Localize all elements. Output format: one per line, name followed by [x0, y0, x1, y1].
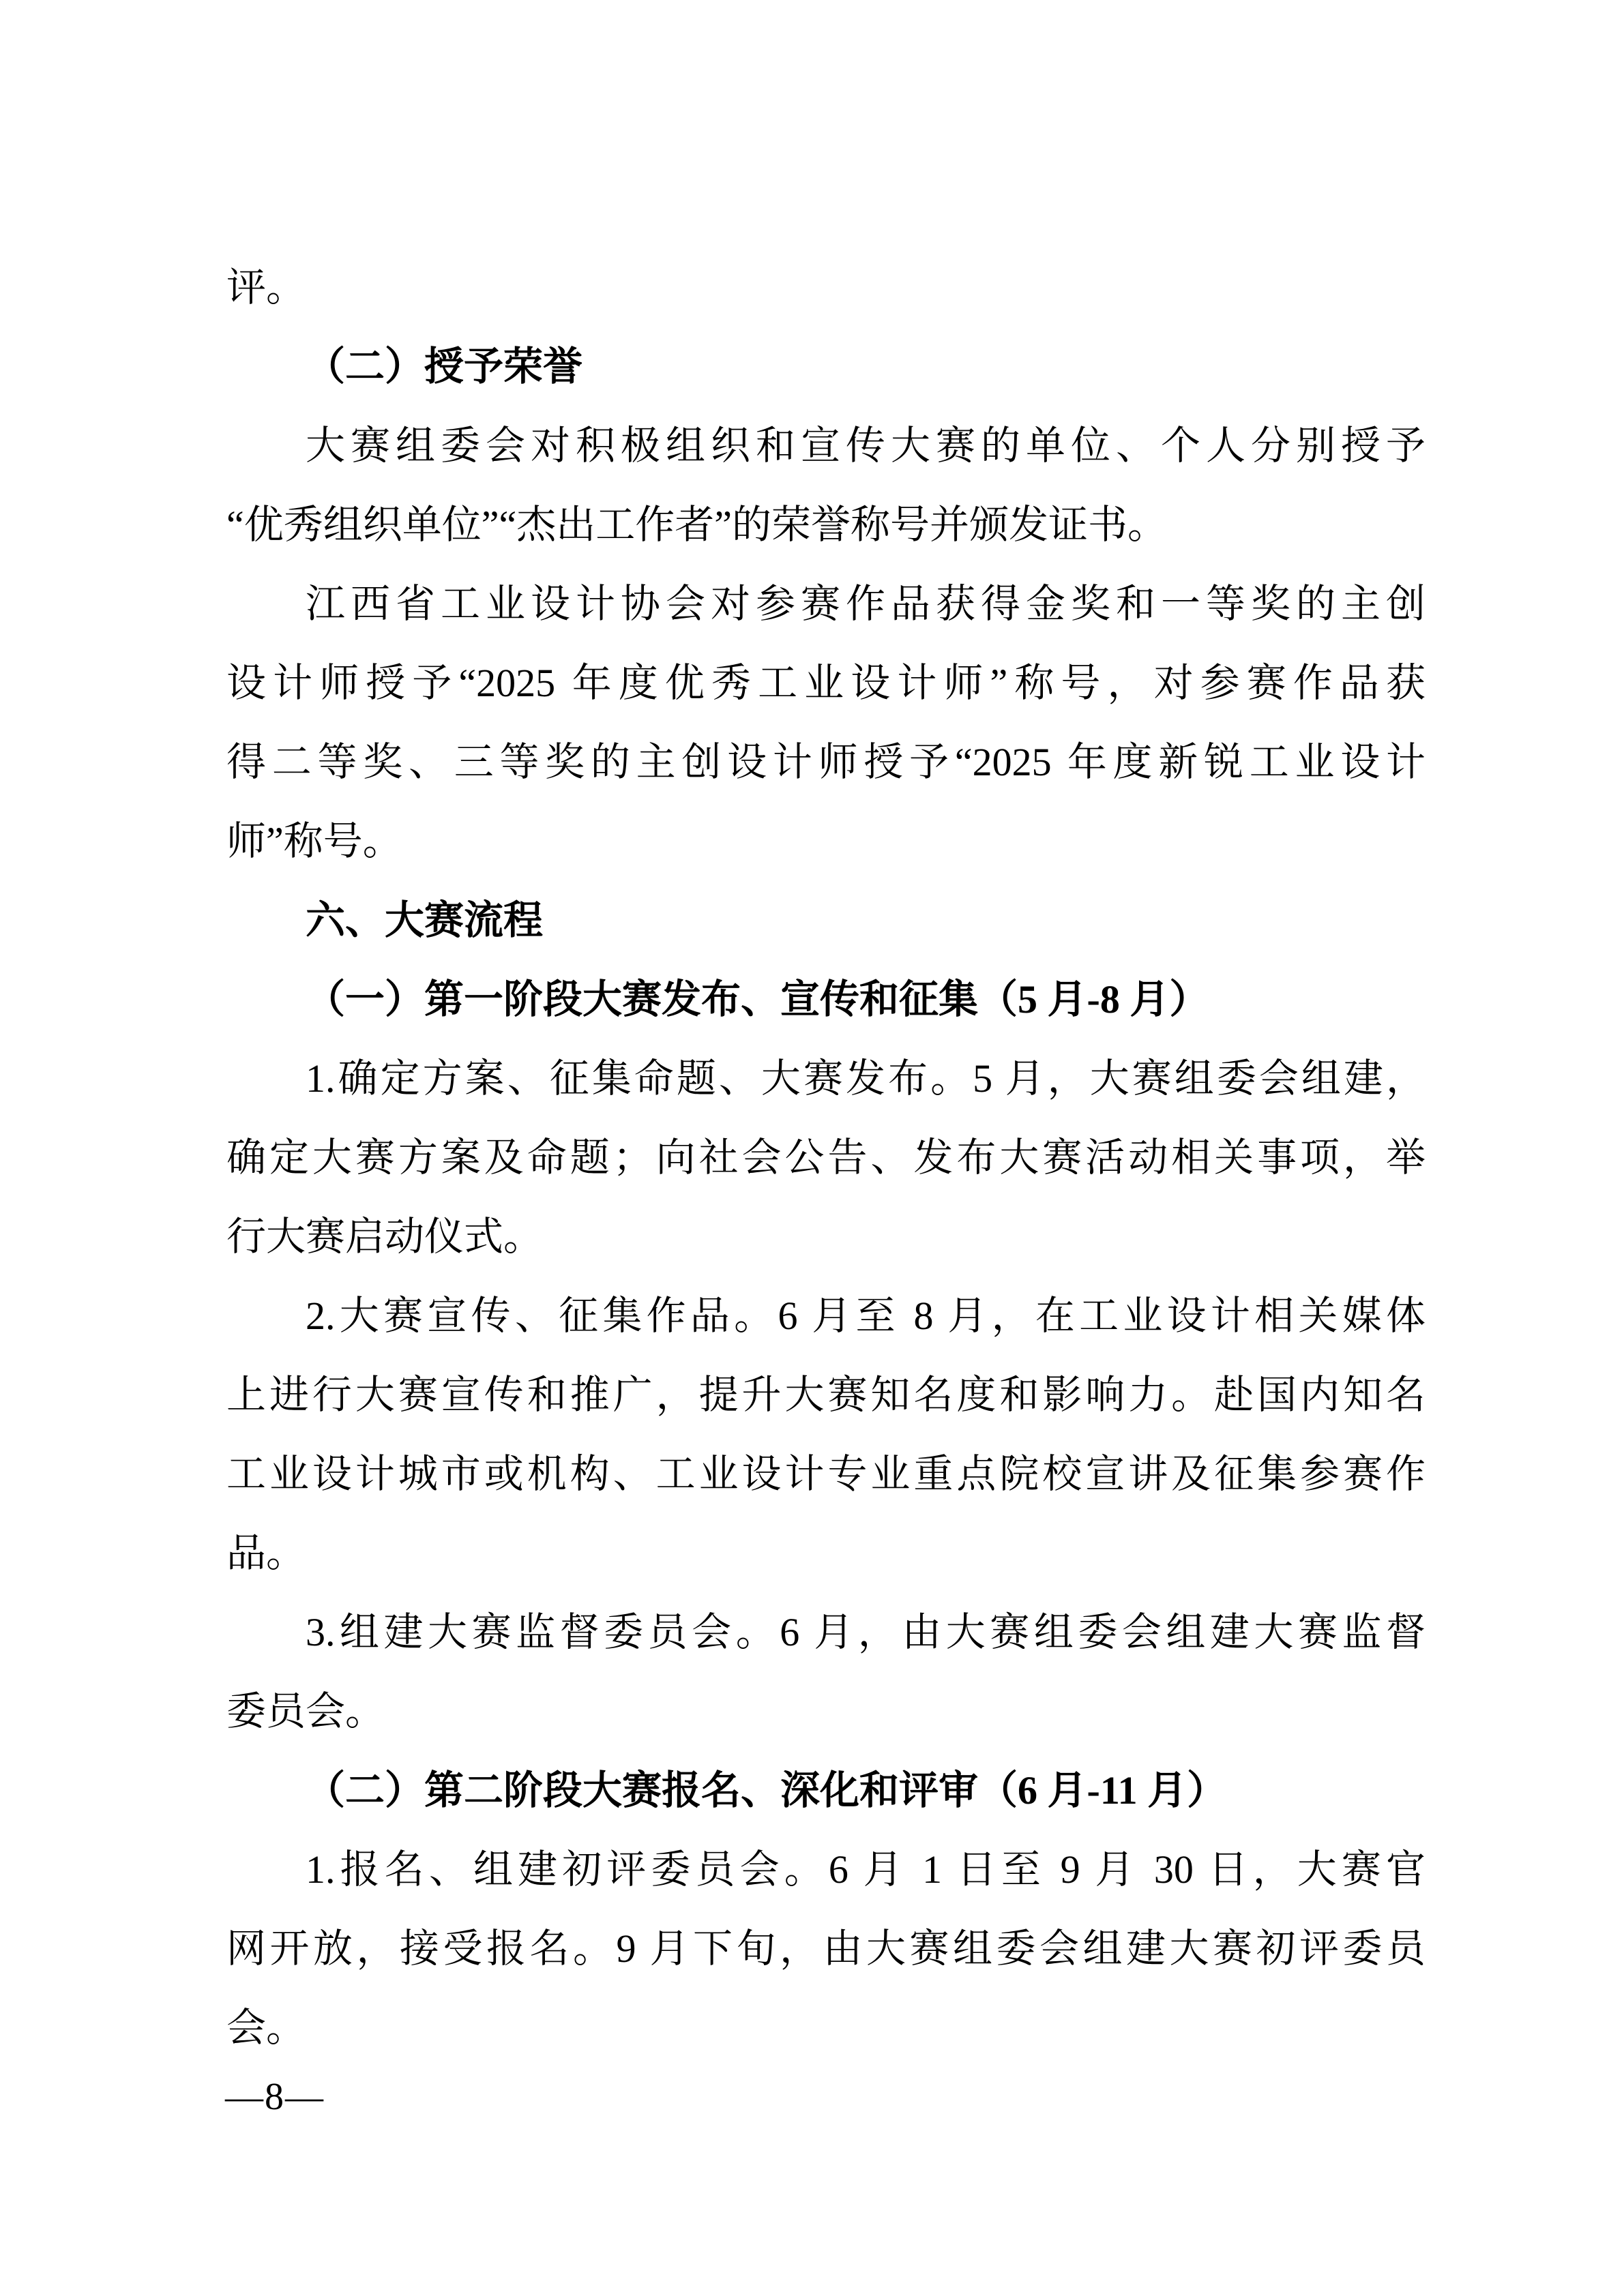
body-line: 江西省工业设计协会对参赛作品获得金奖和一等奖的主创	[226, 565, 1426, 644]
body-line: 确定大赛方案及命题；向社会公告、发布大赛活动相关事项，举	[226, 1118, 1426, 1197]
body-line: 委员会。	[226, 1672, 1426, 1751]
document-body: 评。 （二）授予荣誉 大赛组委会对积极组织和宣传大赛的单位、个人分别授予 “优秀…	[226, 248, 1426, 2068]
body-line: 1.确定方案、征集命题、大赛发布。5 月，大赛组委会组建，	[226, 1039, 1426, 1118]
page-number: —8—	[225, 2066, 325, 2128]
body-line: 得二等奖、三等奖的主创设计师授予“2025 年度新锐工业设计	[226, 723, 1426, 802]
subsection-heading: （二）授予荣誉	[226, 327, 1426, 406]
section-heading: 六、大赛流程	[226, 881, 1426, 960]
body-line: 评。	[226, 248, 1426, 327]
body-line: 3.组建大赛监督委员会。6 月，由大赛组委会组建大赛监督	[226, 1593, 1426, 1672]
body-line: 品。	[226, 1514, 1426, 1593]
body-line: 设计师授予“2025 年度优秀工业设计师”称号，对参赛作品获	[226, 644, 1426, 723]
body-line: “优秀组织单位”“杰出工作者”的荣誉称号并颁发证书。	[226, 486, 1426, 565]
body-line: 上进行大赛宣传和推广，提升大赛知名度和影响力。赴国内知名	[226, 1356, 1426, 1435]
body-line: 1.报名、组建初评委员会。6 月 1 日至 9 月 30 日，大赛官	[226, 1830, 1426, 1909]
body-line: 大赛组委会对积极组织和宣传大赛的单位、个人分别授予	[226, 406, 1426, 486]
body-line: 2.大赛宣传、征集作品。6 月至 8 月，在工业设计相关媒体	[226, 1277, 1426, 1356]
body-line: 会。	[226, 1988, 1426, 2068]
subsection-heading: （二）第二阶段大赛报名、深化和评审（6 月-11 月）	[226, 1751, 1426, 1830]
document-page: 评。 （二）授予荣誉 大赛组委会对积极组织和宣传大赛的单位、个人分别授予 “优秀…	[0, 0, 1624, 2296]
body-line: 行大赛启动仪式。	[226, 1197, 1426, 1277]
subsection-heading: （一）第一阶段大赛发布、宣传和征集（5 月-8 月）	[226, 960, 1426, 1039]
body-line: 工业设计城市或机构、工业设计专业重点院校宣讲及征集参赛作	[226, 1435, 1426, 1514]
body-line: 师”称号。	[226, 802, 1426, 881]
body-line: 网开放，接受报名。9 月下旬，由大赛组委会组建大赛初评委员	[226, 1909, 1426, 1988]
